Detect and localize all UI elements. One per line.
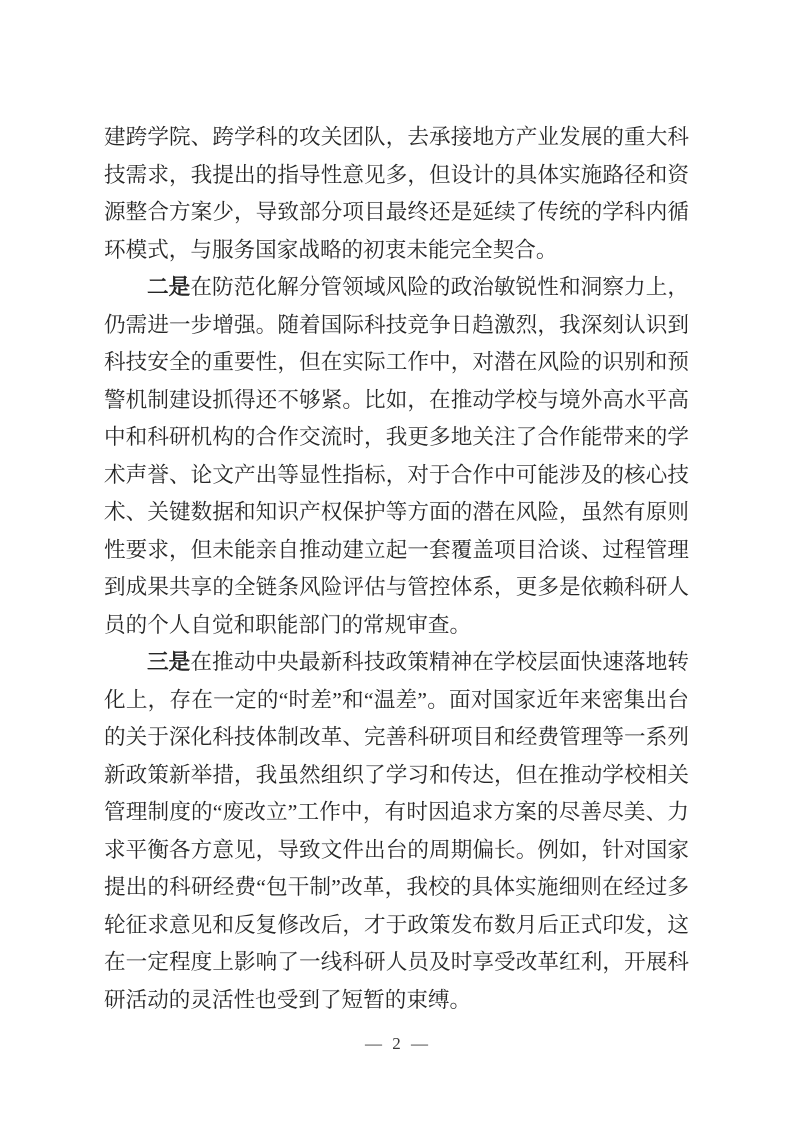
- paragraph-continuation: 建跨学院、跨学科的攻关团队，去承接地方产业发展的重大科技需求，我提出的指导性意见…: [104, 119, 689, 269]
- page-number: — 2 —: [365, 1032, 428, 1056]
- paragraph-text: 在推动中央最新科技政策精神在学校层面快速落地转化上，存在一定的“时差”和“温差”…: [104, 650, 689, 1012]
- paragraph-text: 在防范化解分管领域风险的政治敏锐性和洞察力上，仍需进一步增强。随着国际科技竞争日…: [104, 275, 689, 637]
- paragraph-point-three: 三是在推动中央最新科技政策精神在学校层面快速落地转化上，存在一定的“时差”和“温…: [104, 644, 689, 1019]
- paragraph-lead-bold: 二是: [147, 275, 190, 299]
- document-body: 建跨学院、跨学科的攻关团队，去承接地方产业发展的重大科技需求，我提出的指导性意见…: [104, 119, 689, 1019]
- paragraph-text: 建跨学院、跨学科的攻关团队，去承接地方产业发展的重大科技需求，我提出的指导性意见…: [104, 125, 689, 262]
- document-page: 建跨学院、跨学科的攻关团队，去承接地方产业发展的重大科技需求，我提出的指导性意见…: [0, 0, 793, 1122]
- page-footer: — 2 —: [0, 1032, 793, 1056]
- paragraph-lead-bold: 三是: [147, 650, 190, 674]
- paragraph-point-two: 二是在防范化解分管领域风险的政治敏锐性和洞察力上，仍需进一步增强。随着国际科技竞…: [104, 269, 689, 644]
